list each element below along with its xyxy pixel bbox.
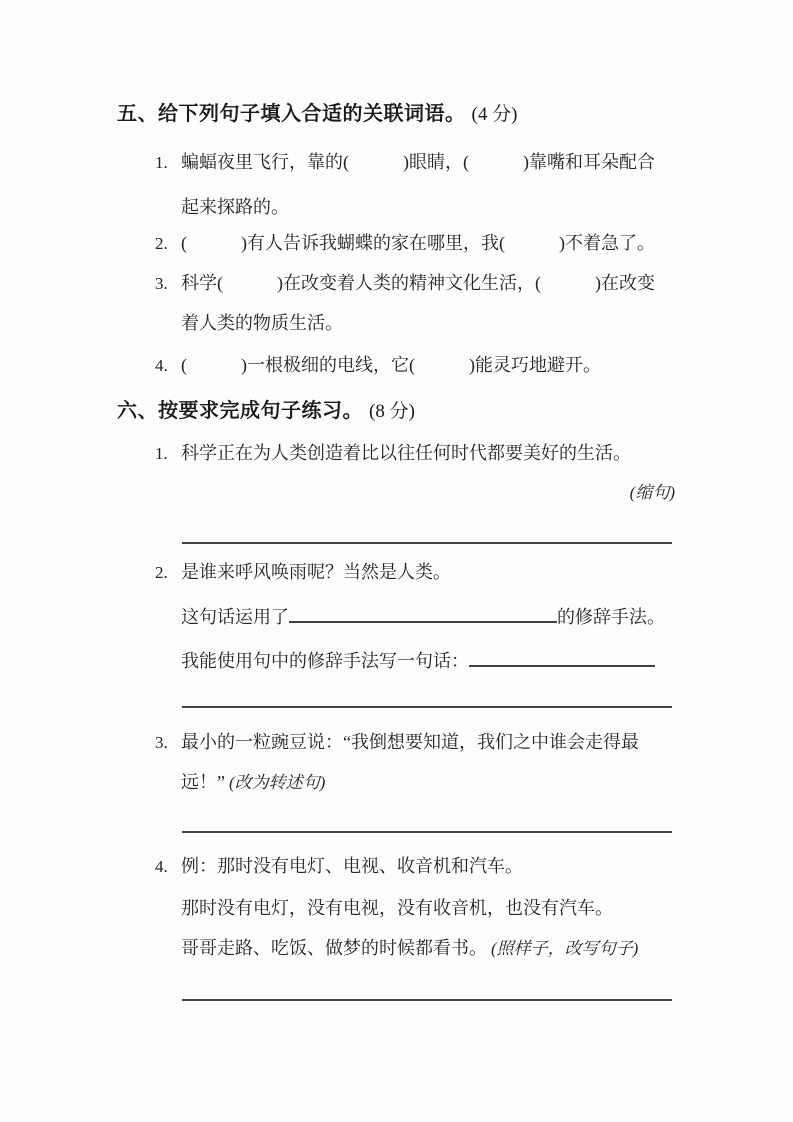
s6-item2-sentence: 2.是谁来呼风唤雨呢？当然是人类。 — [155, 559, 451, 586]
question-text: 最小的一粒豌豆说：“我倒想要知道，我们之中谁会走得最 — [181, 732, 639, 752]
section5-points: (4 分) — [472, 104, 518, 125]
s6-item3-line1: 3.最小的一粒豌豆说：“我倒想要知道，我们之中谁会走得最 — [155, 729, 639, 756]
hint-text: (缩句) — [630, 483, 675, 502]
s6-item4-line3: 哥哥走路、吃饭、做梦的时候都看书。(照样子，改写句子) — [181, 935, 638, 962]
s5-item1-line2: 起来探路的。 — [181, 194, 289, 220]
answer-blank-line — [182, 831, 672, 833]
s5-item3-line2: 着人类的物质生活。 — [181, 310, 343, 336]
fill-prefix: 这句话运用了 — [181, 607, 289, 627]
item-number: 3. — [155, 271, 181, 297]
section6-heading: 六、按要求完成句子练习。(8 分) — [117, 397, 415, 426]
question-text: 蝙蝠夜里飞行，靠的( )眼睛，( )靠嘴和耳朵配合 — [181, 152, 655, 172]
question-text: 哥哥走路、吃饭、做梦的时候都看书。 — [181, 938, 487, 958]
question-text: 起来探路的。 — [181, 197, 289, 217]
answer-blank-inline — [289, 606, 557, 623]
question-text: ( )一根极细的电线，它( )能灵巧地避开。 — [181, 355, 601, 375]
s6-item2-fill-line: 这句话运用了的修辞手法。 — [181, 604, 665, 630]
item-number: 4. — [155, 353, 181, 379]
question-text: 科学正在为人类创造着比以往任何时代都要美好的生活。 — [181, 443, 631, 463]
worksheet-page: 五、给下列句子填入合适的关联词语。(4 分) 1.蝙蝠夜里飞行，靠的( )眼睛，… — [0, 0, 793, 1122]
question-text: ( )有人告诉我蝴蝶的家在哪里，我( )不着急了。 — [181, 233, 655, 253]
question-text: 是谁来呼风唤雨呢？当然是人类。 — [181, 562, 451, 582]
fill-suffix: 的修辞手法。 — [557, 607, 665, 627]
question-text: 着人类的物质生活。 — [181, 313, 343, 333]
answer-blank-line — [182, 999, 672, 1001]
write-prompt: 我能使用句中的修辞手法写一句话： — [181, 651, 469, 671]
s6-item4-line2: 那时没有电灯，没有电视，没有收音机，也没有汽车。 — [181, 895, 613, 921]
s5-item3-line1: 3.科学( )在改变着人类的精神文化生活，( )在改变 — [155, 270, 655, 297]
item-number: 2. — [155, 231, 181, 257]
item-number: 4. — [155, 854, 181, 880]
s6-item1-sentence: 1.科学正在为人类创造着比以往任何时代都要美好的生活。 — [155, 440, 631, 467]
section6-heading-text: 六、按要求完成句子练习。 — [117, 400, 363, 422]
item-number: 1. — [155, 150, 181, 176]
s5-item4-line1: 4.( )一根极细的电线，它( )能灵巧地避开。 — [155, 352, 601, 379]
answer-blank-inline — [469, 650, 655, 667]
item-number: 3. — [155, 730, 181, 756]
s6-item1-hint: (缩句) — [630, 480, 675, 506]
answer-blank-line — [182, 706, 672, 708]
s5-item1-line1: 1.蝙蝠夜里飞行，靠的( )眼睛，( )靠嘴和耳朵配合 — [155, 149, 655, 176]
s6-item2-write-line: 我能使用句中的修辞手法写一句话： — [181, 648, 655, 674]
s6-item4-line1: 4.例：那时没有电灯、电视、收音机和汽车。 — [155, 853, 523, 880]
item-number: 2. — [155, 560, 181, 586]
hint-text: (改为转述句) — [229, 773, 325, 792]
question-text: 科学( )在改变着人类的精神文化生活，( )在改变 — [181, 273, 655, 293]
section6-points: (8 分) — [369, 401, 415, 422]
section5-heading-text: 五、给下列句子填入合适的关联词语。 — [117, 103, 466, 125]
section5-heading: 五、给下列句子填入合适的关联词语。(4 分) — [117, 100, 517, 129]
answer-blank-line — [182, 542, 672, 544]
item-number: 1. — [155, 441, 181, 467]
question-text: 那时没有电灯，没有电视，没有收音机，也没有汽车。 — [181, 898, 613, 918]
question-text: 例：那时没有电灯、电视、收音机和汽车。 — [181, 856, 523, 876]
s6-item3-line2: 远！”(改为转述句) — [181, 769, 325, 796]
question-text: 远！” — [181, 772, 225, 792]
s5-item2-line1: 2.( )有人告诉我蝴蝶的家在哪里，我( )不着急了。 — [155, 230, 655, 257]
hint-text: (照样子，改写句子) — [491, 939, 638, 958]
